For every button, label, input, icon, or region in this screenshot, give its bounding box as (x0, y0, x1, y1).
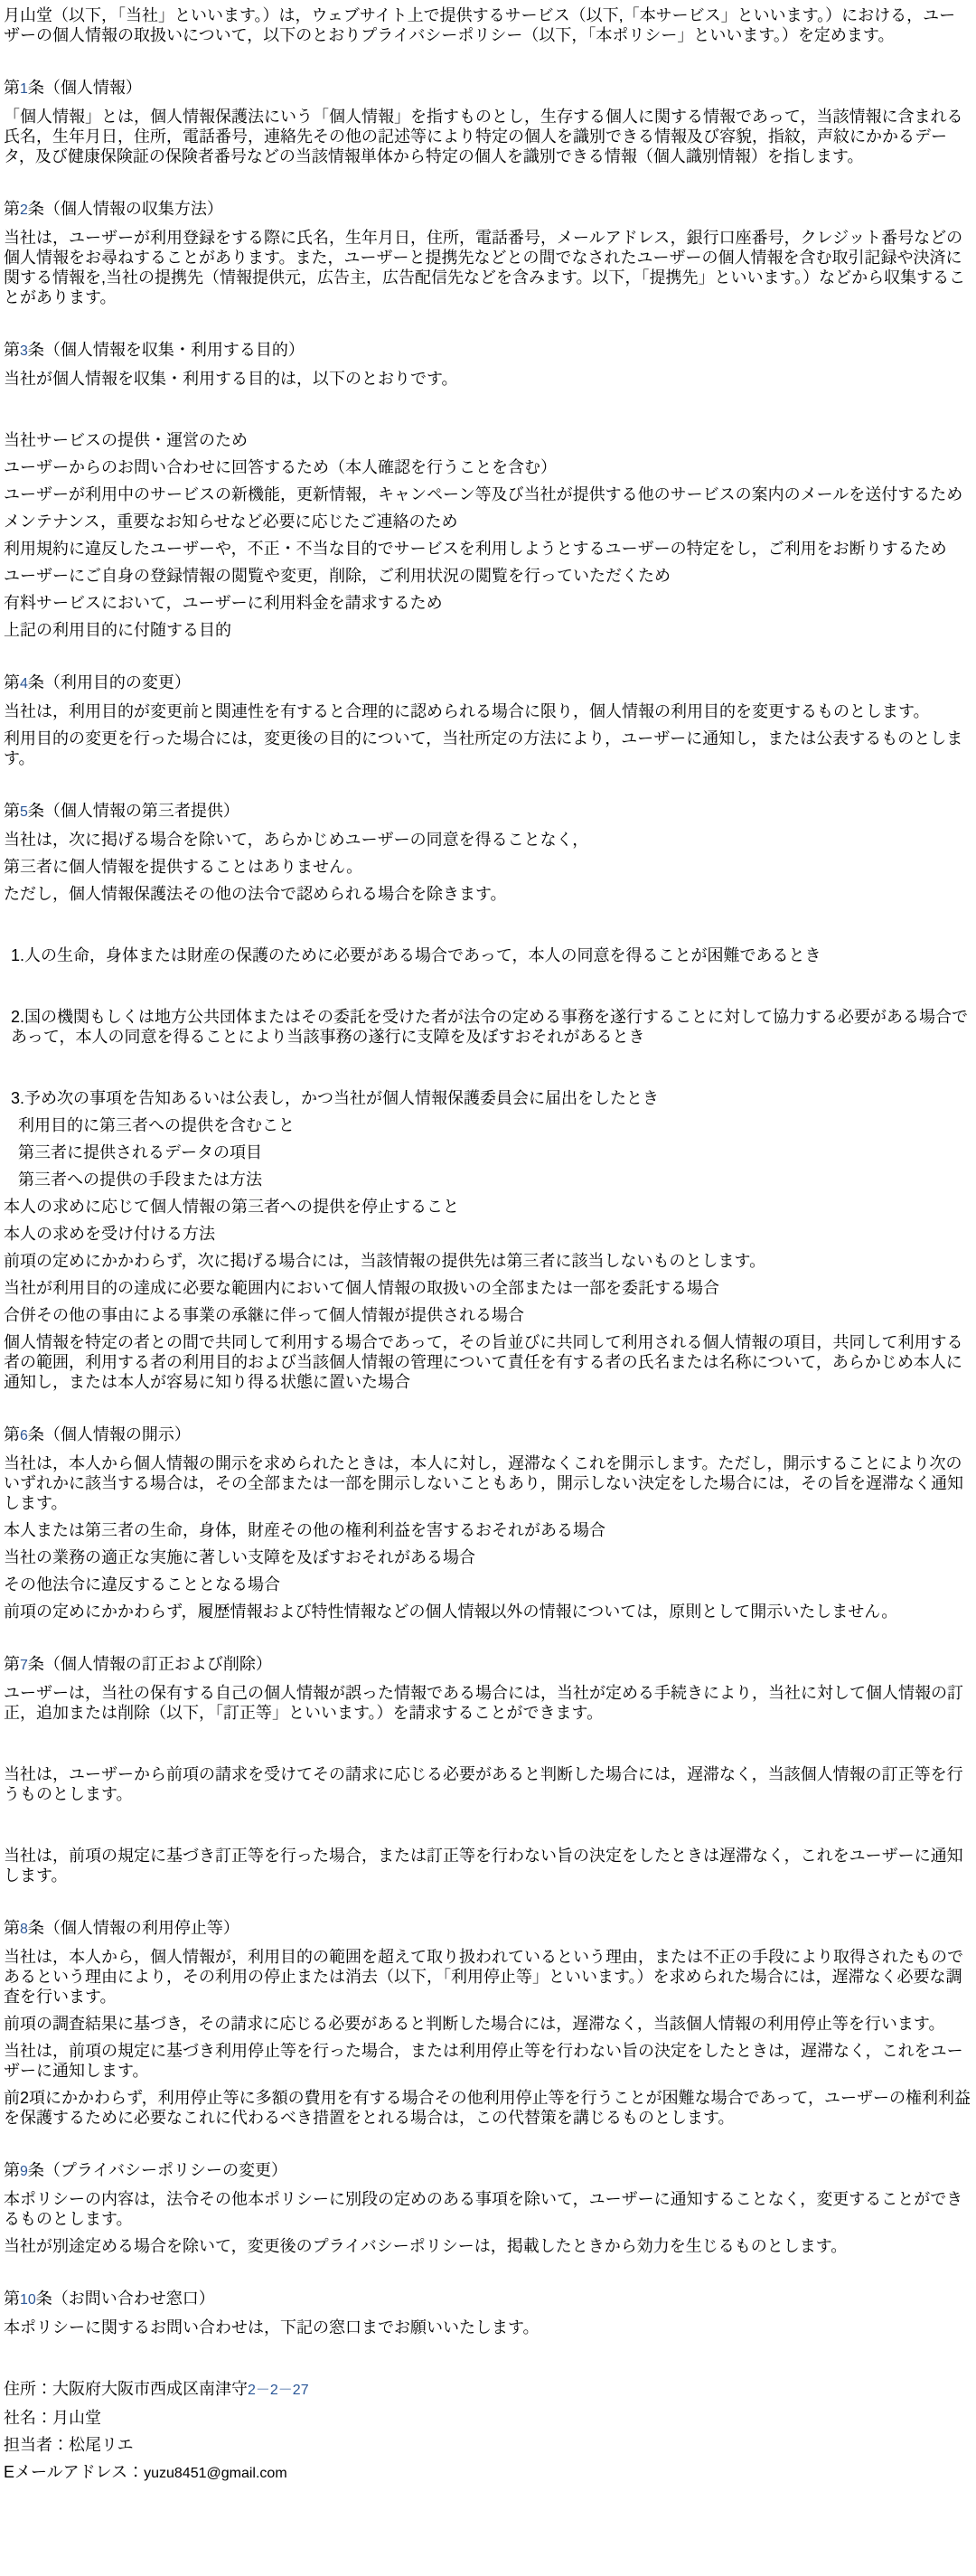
latin-text: yuzu8451@gmail.com (144, 2466, 287, 2481)
numeral-text: 6 (20, 1428, 28, 1443)
text-run: 当社が別途定める場合を除いて，変更後のプライバシーポリシーは，掲載したときから効… (4, 2237, 847, 2255)
article5-paragraph: 当社が利用目的の達成に必要な範囲内において個人情報の取扱いの全部または一部を委託… (4, 1278, 971, 1298)
text-run: 担当者：松尾リエ (4, 2436, 134, 2454)
text-run: 条（個人情報の開示） (28, 1425, 191, 1443)
numeral-text: 5 (20, 804, 28, 820)
purpose-item: ユーザーにご自身の登録情報の閲覧や変更，削除，ご利用状況の閲覧を行っていただくた… (4, 566, 971, 586)
article5-paragraph: 前項の定めにかかわらず，次に掲げる場合には，当該情報の提供先は第三者に該当しない… (4, 1251, 971, 1271)
text-run: ただし，個人情報保護法その他の法令で認められる場合を除きます。 (4, 885, 507, 903)
article9-paragraph: 当社が別途定める場合を除いて，変更後のプライバシーポリシーは，掲載したときから効… (4, 2236, 971, 2256)
article7-paragraph: ユーザーは，当社の保有する自己の個人情報が誤った情報である場合には，当社が定める… (4, 1683, 971, 1723)
text-run: 住所：大阪府大阪市西成区南津守 (4, 2380, 248, 2398)
article5-paragraph: 当社は，次に掲げる場合を除いて，あらかじめユーザーの同意を得ることなく， (4, 830, 971, 850)
article-heading-10: 第10条（お問い合わせ窓口） (4, 2289, 971, 2310)
text-run: 1.人の生命，身体または財産の保護のために必要がある場合であって，本人の同意を得… (11, 946, 821, 964)
exception-item-3: 3.予め次の事項を告知あるいは公表し，かつ当社が個人情報保護委員会に届出をしたと… (4, 1088, 971, 1108)
numeral-text: 3 (20, 343, 28, 359)
notice-sub-item: 第三者に提供されるデータの項目 (4, 1142, 971, 1162)
article5-paragraph: 合併その他の事由による事業の承継に伴って個人情報が提供される場合 (4, 1305, 971, 1325)
exception-item-2: 2.国の機関もしくは地方公共団体またはその委託を受けた者が法令の定める事務を遂行… (4, 1007, 971, 1047)
text-run: 第 (4, 341, 20, 359)
purpose-item: 上記の利用目的に付随する目的 (4, 620, 971, 640)
spacer (4, 396, 971, 423)
article8-paragraph: 前2項にかかわらず，利用停止等に多額の費用を有する場合その他利用停止等を行うこと… (4, 2088, 971, 2128)
text-run: 第 (4, 200, 20, 218)
numeral-text: 10 (20, 2292, 36, 2308)
article-heading-5: 第5条（個人情報の第三者提供） (4, 801, 971, 823)
numeral-text: 2 (20, 202, 28, 218)
intro-paragraph: 月山堂（以下，「当社」といいます。）は，ウェブサイト上で提供するサービス（以下,… (4, 5, 971, 45)
purpose-item: 当社サービスの提供・運営のため (4, 430, 971, 450)
notice-sub-item: 利用目的に第三者への提供を含むこと (4, 1115, 971, 1135)
text-run: 有料サービスにおいて，ユーザーに利用料金を請求するため (4, 594, 443, 612)
text-run: 条（個人情報の収集方法） (28, 200, 223, 218)
article4-paragraph: 利用目的の変更を行った場合には，変更後の目的について，当社所定の方法により，ユー… (4, 729, 971, 768)
text-run: 前項の定めにかかわらず，履歴情報および特性情報などの個人情報以外の情報については… (4, 1603, 897, 1621)
contact-address: 住所：大阪府大阪市西成区南津守2－2－27 (4, 2379, 971, 2401)
text-run: 前2項にかかわらず，利用停止等に多額の費用を有する場合その他利用停止等を行うこと… (4, 2089, 971, 2127)
text-run: ユーザーからのお問い合わせに回答するため（本人確認を行うことを含む） (4, 458, 557, 476)
contact-email: Eメールアドレス：yuzu8451@gmail.com (4, 2462, 971, 2484)
text-run: ユーザーは，当社の保有する自己の個人情報が誤った情報である場合には，当社が定める… (4, 1684, 963, 1722)
article6-paragraph: 当社は，本人から個人情報の開示を求められたときは，本人に対し，遅滞なくこれを開示… (4, 1453, 971, 1513)
spacer (4, 1811, 971, 1838)
article8-paragraph: 前項の調査結果に基づき，その請求に応じる必要があると判断した場合には，遅滞なく，… (4, 2014, 971, 2034)
text-run: 当社は，前項の規定に基づき訂正等を行った場合，または訂正等を行わない旨の決定をし… (4, 1847, 963, 1885)
article10-paragraph: 本ポリシーに関するお問い合わせは，下記の窓口までお願いいたします。 (4, 2317, 971, 2337)
text-run: 当社は，次に掲げる場合を除いて，あらかじめユーザーの同意を得ることなく， (4, 831, 588, 849)
article6-paragraph: 前項の定めにかかわらず，履歴情報および特性情報などの個人情報以外の情報については… (4, 1602, 971, 1622)
article5-paragraph: 個人情報を特定の者との間で共同して利用する場合であって，その旨並びに共同して利用… (4, 1332, 971, 1392)
text-run: 第 (4, 2161, 20, 2179)
article-heading-4: 第4条（利用目的の変更） (4, 672, 971, 694)
notice-sub-item: 第三者への提供の手段または方法 (4, 1170, 971, 1189)
text-run: 社名：月山堂 (4, 2409, 101, 2427)
text-run: 上記の利用目的に付随する目的 (4, 621, 231, 639)
article8-paragraph: 当社は，前項の規定に基づき利用停止等を行った場合，または利用停止等を行わない旨の… (4, 2041, 971, 2081)
text-run: 本人の求めに応じて個人情報の第三者への提供を停止すること (4, 1198, 459, 1216)
numeral-text: 2－2－27 (248, 2383, 309, 2398)
article5-paragraph: 本人の求めに応じて個人情報の第三者への提供を停止すること (4, 1197, 971, 1217)
text-run: 条（個人情報の訂正および削除） (28, 1655, 272, 1673)
text-run: 当社は，前項の規定に基づき利用停止等を行った場合，または利用停止等を行わない旨の… (4, 2042, 963, 2080)
purpose-item: ユーザーが利用中のサービスの新機能，更新情報，キャンペーン等及び当社が提供する他… (4, 484, 971, 504)
text-run: 条（個人情報を収集・利用する目的） (28, 341, 305, 359)
article7-paragraph: 当社は，前項の規定に基づき訂正等を行った場合，または訂正等を行わない旨の決定をし… (4, 1846, 971, 1885)
text-run: 第 (4, 79, 20, 97)
text-run: 第 (4, 673, 20, 691)
text-run: 第 (4, 1919, 20, 1937)
text-run: 当社が個人情報を収集・利用する目的は，以下のとおりです。 (4, 370, 458, 388)
text-run: 利用規約に違反したユーザーや，不正・不当な目的でサービスを利用しようとするユーザ… (4, 540, 947, 558)
text-run: 第三者に個人情報を提供することはありません。 (4, 858, 362, 876)
text-run: 条（お問い合わせ窓口） (36, 2289, 215, 2308)
text-run: 前項の定めにかかわらず，次に掲げる場合には，当該情報の提供先は第三者に該当しない… (4, 1252, 765, 1270)
article1-paragraph: 「個人情報」とは，個人情報保護法にいう「個人情報」を指すものとし，生存する個人に… (4, 107, 971, 166)
text-run: 条（個人情報） (28, 79, 142, 97)
article8-paragraph: 当社は，本人から，個人情報が，利用目的の範囲を超えて取り扱われているという理由，… (4, 1947, 971, 2007)
article3-lead: 当社が個人情報を収集・利用する目的は，以下のとおりです。 (4, 369, 971, 389)
article-heading-6: 第6条（個人情報の開示） (4, 1424, 971, 1446)
text-run: 当社が利用目的の達成に必要な範囲内において個人情報の取扱いの全部または一部を委託… (4, 1279, 719, 1297)
text-run: 前項の調査結果に基づき，その請求に応じる必要があると判断した場合には，遅滞なく，… (4, 2015, 944, 2033)
article-heading-7: 第7条（個人情報の訂正および削除） (4, 1654, 971, 1676)
text-run: 第三者に提供されるデータの項目 (18, 1143, 262, 1161)
numeral-text: 8 (20, 1922, 28, 1937)
text-run: 本人の求めを受け付ける方法 (4, 1225, 215, 1243)
text-run: 当社の業務の適正な実施に著しい支障を及ぼすおそれがある場合 (4, 1548, 475, 1566)
article7-paragraph: 当社は，ユーザーから前項の請求を受けてその請求に応じる必要があると判断した場合に… (4, 1764, 971, 1804)
numeral-text: 1 (20, 81, 28, 97)
article5-paragraph: 第三者に個人情報を提供することはありません。 (4, 857, 971, 877)
privacy-policy-document: 月山堂（以下，「当社」といいます。）は，ウェブサイト上で提供するサービス（以下,… (0, 0, 976, 2536)
article-heading-9: 第9条（プライバシーポリシーの変更） (4, 2160, 971, 2182)
text-run: 当社は，ユーザーが利用登録をする際に氏名，生年月日，住所，電話番号，メールアドレ… (4, 229, 965, 306)
text-run: 合併その他の事由による事業の承継に伴って個人情報が提供される場合 (4, 1306, 524, 1324)
spacer (4, 1730, 971, 1757)
purpose-item: メンテナンス，重要なお知らせなど必要に応じたご連絡のため (4, 512, 971, 531)
article-heading-1: 第1条（個人情報） (4, 78, 971, 99)
article5-paragraph: ただし，個人情報保護法その他の法令で認められる場合を除きます。 (4, 884, 971, 904)
text-run: 当社は，本人から個人情報の開示を求められたときは，本人に対し，遅滞なくこれを開示… (4, 1454, 963, 1512)
text-run: 条（プライバシーポリシーの変更） (28, 2161, 287, 2179)
purpose-item: 有料サービスにおいて，ユーザーに利用料金を請求するため (4, 593, 971, 613)
text-run: 条（利用目的の変更） (28, 673, 191, 691)
numeral-text: 9 (20, 2164, 28, 2179)
text-run: ユーザーにご自身の登録情報の閲覧や変更，削除，ご利用状況の閲覧を行っていただくた… (4, 567, 671, 585)
text-run: 個人情報を特定の者との間で共同して利用する場合であって，その旨並びに共同して利用… (4, 1333, 962, 1391)
contact-company-name: 社名：月山堂 (4, 2408, 971, 2428)
article2-paragraph: 当社は，ユーザーが利用登録をする際に氏名，生年月日，住所，電話番号，メールアドレ… (4, 228, 971, 307)
text-run: 当社は，利用目的が変更前と関連性を有すると合理的に認められる場合に限り，個人情報… (4, 702, 930, 720)
text-run: ユーザーが利用中のサービスの新機能，更新情報，キャンペーン等及び当社が提供する他… (4, 485, 962, 503)
purpose-item: ユーザーからのお問い合わせに回答するため（本人確認を行うことを含む） (4, 457, 971, 477)
text-run: 本ポリシーの内容は，法令その他本ポリシーに別段の定めのある事項を除いて，ユーザー… (4, 2190, 962, 2228)
article-heading-2: 第2条（個人情報の収集方法） (4, 199, 971, 221)
spacer (4, 2345, 971, 2372)
text-run: 2.国の機関もしくは地方公共団体またはその委託を受けた者が法令の定める事務を遂行… (11, 1008, 968, 1046)
contact-person: 担当者：松尾リエ (4, 2435, 971, 2455)
article-heading-3: 第3条（個人情報を収集・利用する目的） (4, 340, 971, 362)
article5-paragraph: 本人の求めを受け付ける方法 (4, 1224, 971, 1244)
spacer (4, 911, 971, 938)
text-run: メンテナンス，重要なお知らせなど必要に応じたご連絡のため (4, 512, 458, 531)
text-run: 当社は，ユーザーから前項の請求を受けてその請求に応じる必要があると判断した場合に… (4, 1765, 963, 1803)
text-run: 本ポリシーに関するお問い合わせは，下記の窓口までお願いいたします。 (4, 2318, 540, 2336)
exception-item-1: 1.人の生命，身体または財産の保護のために必要がある場合であって，本人の同意を得… (4, 945, 971, 965)
text-run: 条（個人情報の第三者提供） (28, 802, 239, 820)
text-run: その他法令に違反することとなる場合 (4, 1575, 280, 1594)
text-run: 第 (4, 1655, 20, 1673)
text-run: 利用目的に第三者への提供を含むこと (18, 1116, 295, 1134)
text-run: 第三者への提供の手段または方法 (18, 1170, 262, 1189)
text-run: 当社サービスの提供・運営のため (4, 431, 248, 449)
article6-paragraph: その他法令に違反することとなる場合 (4, 1575, 971, 1594)
text-run: 第 (4, 1425, 20, 1443)
text-run: Eメールアドレス： (4, 2463, 144, 2481)
text-run: 月山堂（以下，「当社」といいます。）は，ウェブサイト上で提供するサービス（以下,… (4, 6, 955, 44)
purpose-item: 利用規約に違反したユーザーや，不正・不当な目的でサービスを利用しようとするユーザ… (4, 539, 971, 559)
article6-paragraph: 本人または第三者の生命，身体，財産その他の権利利益を害するおそれがある場合 (4, 1520, 971, 1540)
text-run: 3.予め次の事項を告知あるいは公表し，かつ当社が個人情報保護委員会に届出をしたと… (11, 1089, 659, 1107)
text-run: 本人または第三者の生命，身体，財産その他の権利利益を害するおそれがある場合 (4, 1521, 605, 1539)
text-run: 条（個人情報の利用停止等） (28, 1919, 239, 1937)
article9-paragraph: 本ポリシーの内容は，法令その他本ポリシーに別段の定めのある事項を除いて，ユーザー… (4, 2189, 971, 2229)
text-run: 「個人情報」とは，個人情報保護法にいう「個人情報」を指すものとし，生存する個人に… (4, 108, 962, 165)
text-run: 第 (4, 802, 20, 820)
text-run: 利用目的の変更を行った場合には，変更後の目的について，当社所定の方法により，ユー… (4, 729, 962, 767)
spacer (4, 1054, 971, 1081)
numeral-text: 4 (20, 676, 28, 691)
text-run: 当社は，本人から，個人情報が，利用目的の範囲を超えて取り扱われているという理由，… (4, 1948, 963, 2006)
article-heading-8: 第8条（個人情報の利用停止等） (4, 1918, 971, 1940)
spacer (4, 973, 971, 1000)
article4-paragraph: 当社は，利用目的が変更前と関連性を有すると合理的に認められる場合に限り，個人情報… (4, 701, 971, 721)
numeral-text: 7 (20, 1658, 28, 1673)
article6-paragraph: 当社の業務の適正な実施に著しい支障を及ぼすおそれがある場合 (4, 1547, 971, 1567)
text-run: 第 (4, 2289, 20, 2308)
